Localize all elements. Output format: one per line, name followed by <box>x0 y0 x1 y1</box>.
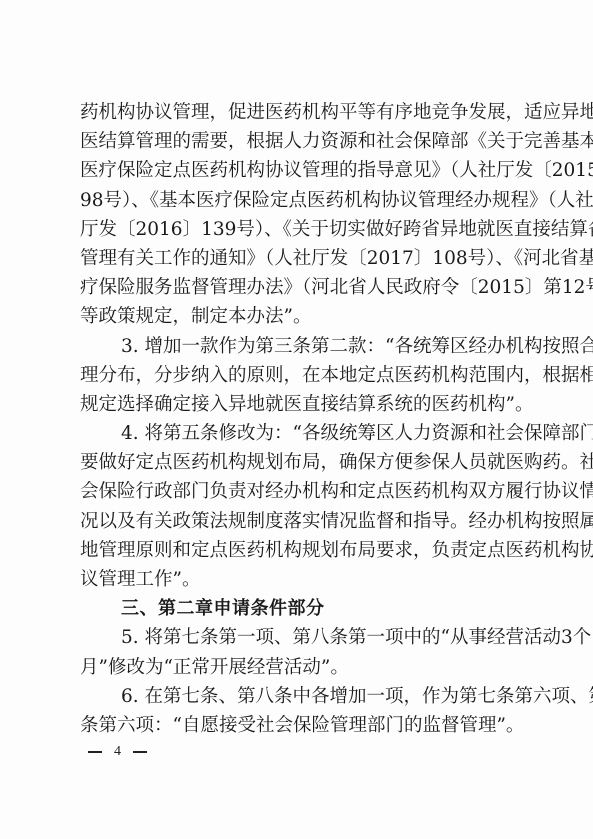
text-line: 医疗保险定点医药机构协议管理的指导意见》（人社厅发〔2015〕 <box>80 156 518 185</box>
text-line: 地管理原则和定点医药机构规划布局要求，负责定点医药机构协 <box>80 536 518 565</box>
dash-left <box>88 751 102 753</box>
paragraph-item-5: 5. 将第七条第一项、第八条第一项中的“从事经营活动3个 <box>80 623 518 652</box>
text-line: 规定选择确定接入异地就医直接结算系统的医药机构”。 <box>80 390 518 419</box>
text-line: 月”修改为“正常开展经营活动”。 <box>80 653 518 682</box>
text-line: 等政策规定，制定本办法”。 <box>80 302 518 331</box>
page-footer: 4 <box>88 744 147 760</box>
paragraph-item-6: 6. 在第七条、第八条中各增加一项，作为第七条第六项、第八 <box>80 682 518 711</box>
text-line: 厅发〔2016〕139号）、《关于切实做好跨省异地就医直接结算备案 <box>80 215 518 244</box>
text-line: 98号）、《基本医疗保险定点医药机构协议管理经办规程》（人社 <box>80 186 518 215</box>
section-heading: 三、第二章申请条件部分 <box>80 594 518 623</box>
paragraph-item-3: 3. 增加一款作为第三条第二款：“各统筹区经办机构按照合 <box>80 332 518 361</box>
text-line: 议管理工作”。 <box>80 565 518 594</box>
text-line: 条第六项：“自愿接受社会保险管理部门的监督管理”。 <box>80 711 518 740</box>
text-line: 会保险行政部门负责对经办机构和定点医药机构双方履行协议情 <box>80 477 518 506</box>
text-line: 疗保险服务监督管理办法》（河北省人民政府令〔2015〕第12号） <box>80 273 518 302</box>
text-line: 况以及有关政策法规制度落实情况监督和指导。经办机构按照属 <box>80 507 518 536</box>
text-line: 医结算管理的需要，根据人力资源和社会保障部《关于完善基本 <box>80 127 518 156</box>
document-body: 药机构协议管理，促进医药机构平等有序地竞争发展，适应异地就 医结算管理的需要，根… <box>80 98 518 740</box>
text-line: 管理有关工作的通知》（人社厅发〔2017〕108号）、《河北省基本医 <box>80 244 518 273</box>
paragraph-item-4: 4. 将第五条修改为：“各级统筹区人力资源和社会保障部门 <box>80 419 518 448</box>
text-line: 药机构协议管理，促进医药机构平等有序地竞争发展，适应异地就 <box>80 98 518 127</box>
text-line: 要做好定点医药机构规划布局，确保方便参保人员就医购药。社 <box>80 448 518 477</box>
document-page: 药机构协议管理，促进医药机构平等有序地竞争发展，适应异地就 医结算管理的需要，根… <box>0 0 593 839</box>
dash-right <box>133 751 147 753</box>
text-line: 理分布，分步纳入的原则，在本地定点医药机构范围内，根据相关 <box>80 361 518 390</box>
page-number: 4 <box>114 744 121 760</box>
